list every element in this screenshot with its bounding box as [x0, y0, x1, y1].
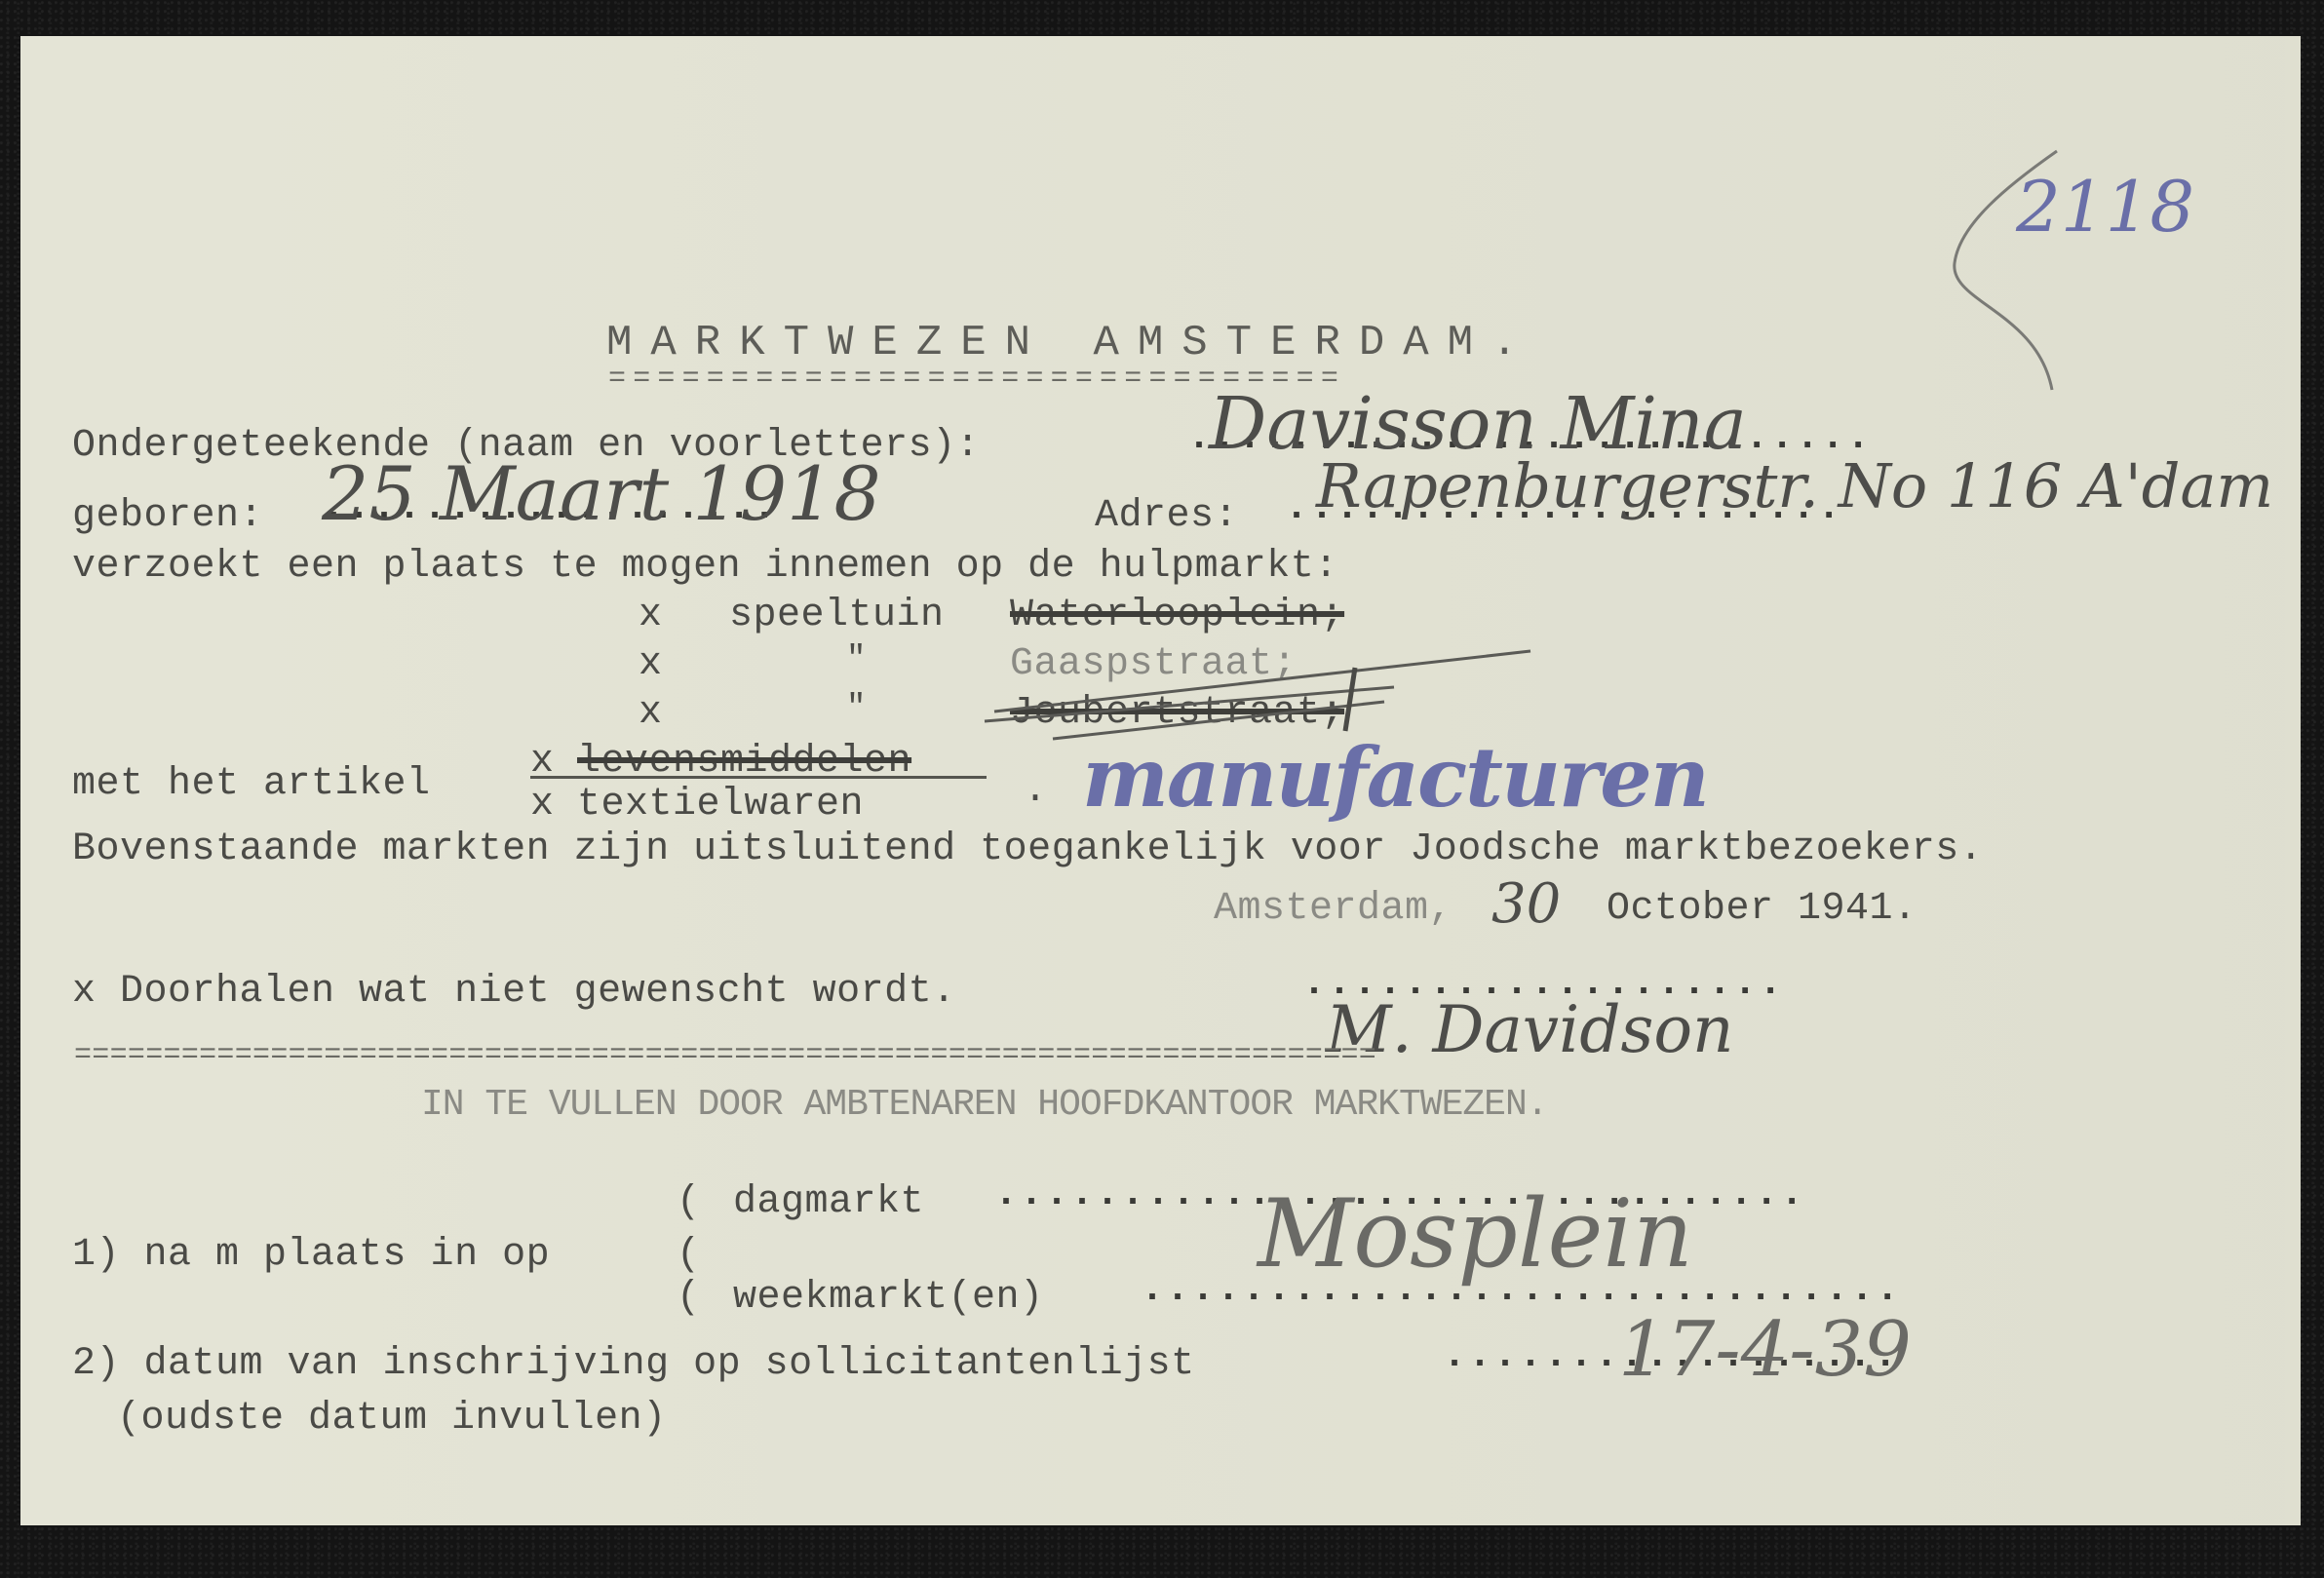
strike-instruction: x Doorhalen wat niet gewenscht wordt.	[72, 973, 956, 1012]
market-marker-2: x	[639, 645, 663, 684]
article-dot: .	[1024, 772, 1048, 811]
form-title: MARKTWEZEN AMSTERDAM.	[606, 322, 1536, 365]
request-text: verzoekt een plaats te mogen innemen op …	[72, 548, 1338, 587]
article-marker-2: x	[530, 786, 555, 825]
registration-date-value[interactable]: 17-4-39	[1618, 1306, 1912, 1394]
weekmarkt-label: weekmarkt(en)	[733, 1279, 1044, 1318]
brace-middle: (	[677, 1236, 701, 1275]
article-textielwaren[interactable]: textielwaren	[577, 786, 864, 825]
market-assigned-value[interactable]: Mosplein	[1258, 1179, 1693, 1289]
date-day[interactable]: 30	[1491, 872, 1561, 936]
market-prefix-1: speeltuin	[729, 597, 945, 635]
market-waterlooplein[interactable]: Waterlooplein;	[1010, 597, 1344, 635]
date-month-year: October 1941.	[1607, 890, 1917, 929]
address-label: Adres:	[1095, 497, 1238, 536]
brace-top: (	[677, 1183, 701, 1222]
market-ditto-3: "	[846, 692, 867, 725]
q2-label: 2) datum van inschrijving op sollicitant…	[72, 1345, 1195, 1384]
born-label: geboren:	[72, 497, 263, 536]
market-marker-1: x	[639, 597, 663, 635]
jewish-only-notice: Bovenstaande markten zijn uitsluitend to…	[72, 830, 1983, 869]
q2-sublabel: (oudste datum invullen)	[117, 1400, 667, 1439]
born-value[interactable]: 25 Maart 1918	[322, 450, 881, 537]
article-label: met het artikel	[72, 765, 431, 804]
q1-label: 1) na m plaats in op	[72, 1236, 550, 1275]
archive-number: 2118	[2016, 166, 2194, 248]
office-section-heading: IN TE VULLEN DOOR AMBTENAREN HOOFDKANTOO…	[421, 1087, 1548, 1124]
dagmarkt-label: dagmarkt	[733, 1183, 924, 1222]
place-prefix: Amsterdam,	[1214, 890, 1452, 929]
section-separator: ========================================…	[74, 1041, 1376, 1070]
signature[interactable]: M. Davidson	[1326, 992, 1734, 1067]
brace-bottom: (	[677, 1279, 701, 1318]
market-ditto-2: "	[846, 643, 867, 676]
article-fraction-line	[530, 776, 987, 779]
market-marker-3: x	[639, 694, 663, 733]
address-value[interactable]: Rapenburgerstr. No 116 A'dam	[1316, 450, 2273, 521]
article-value[interactable]: manufacturen	[1082, 729, 1708, 826]
